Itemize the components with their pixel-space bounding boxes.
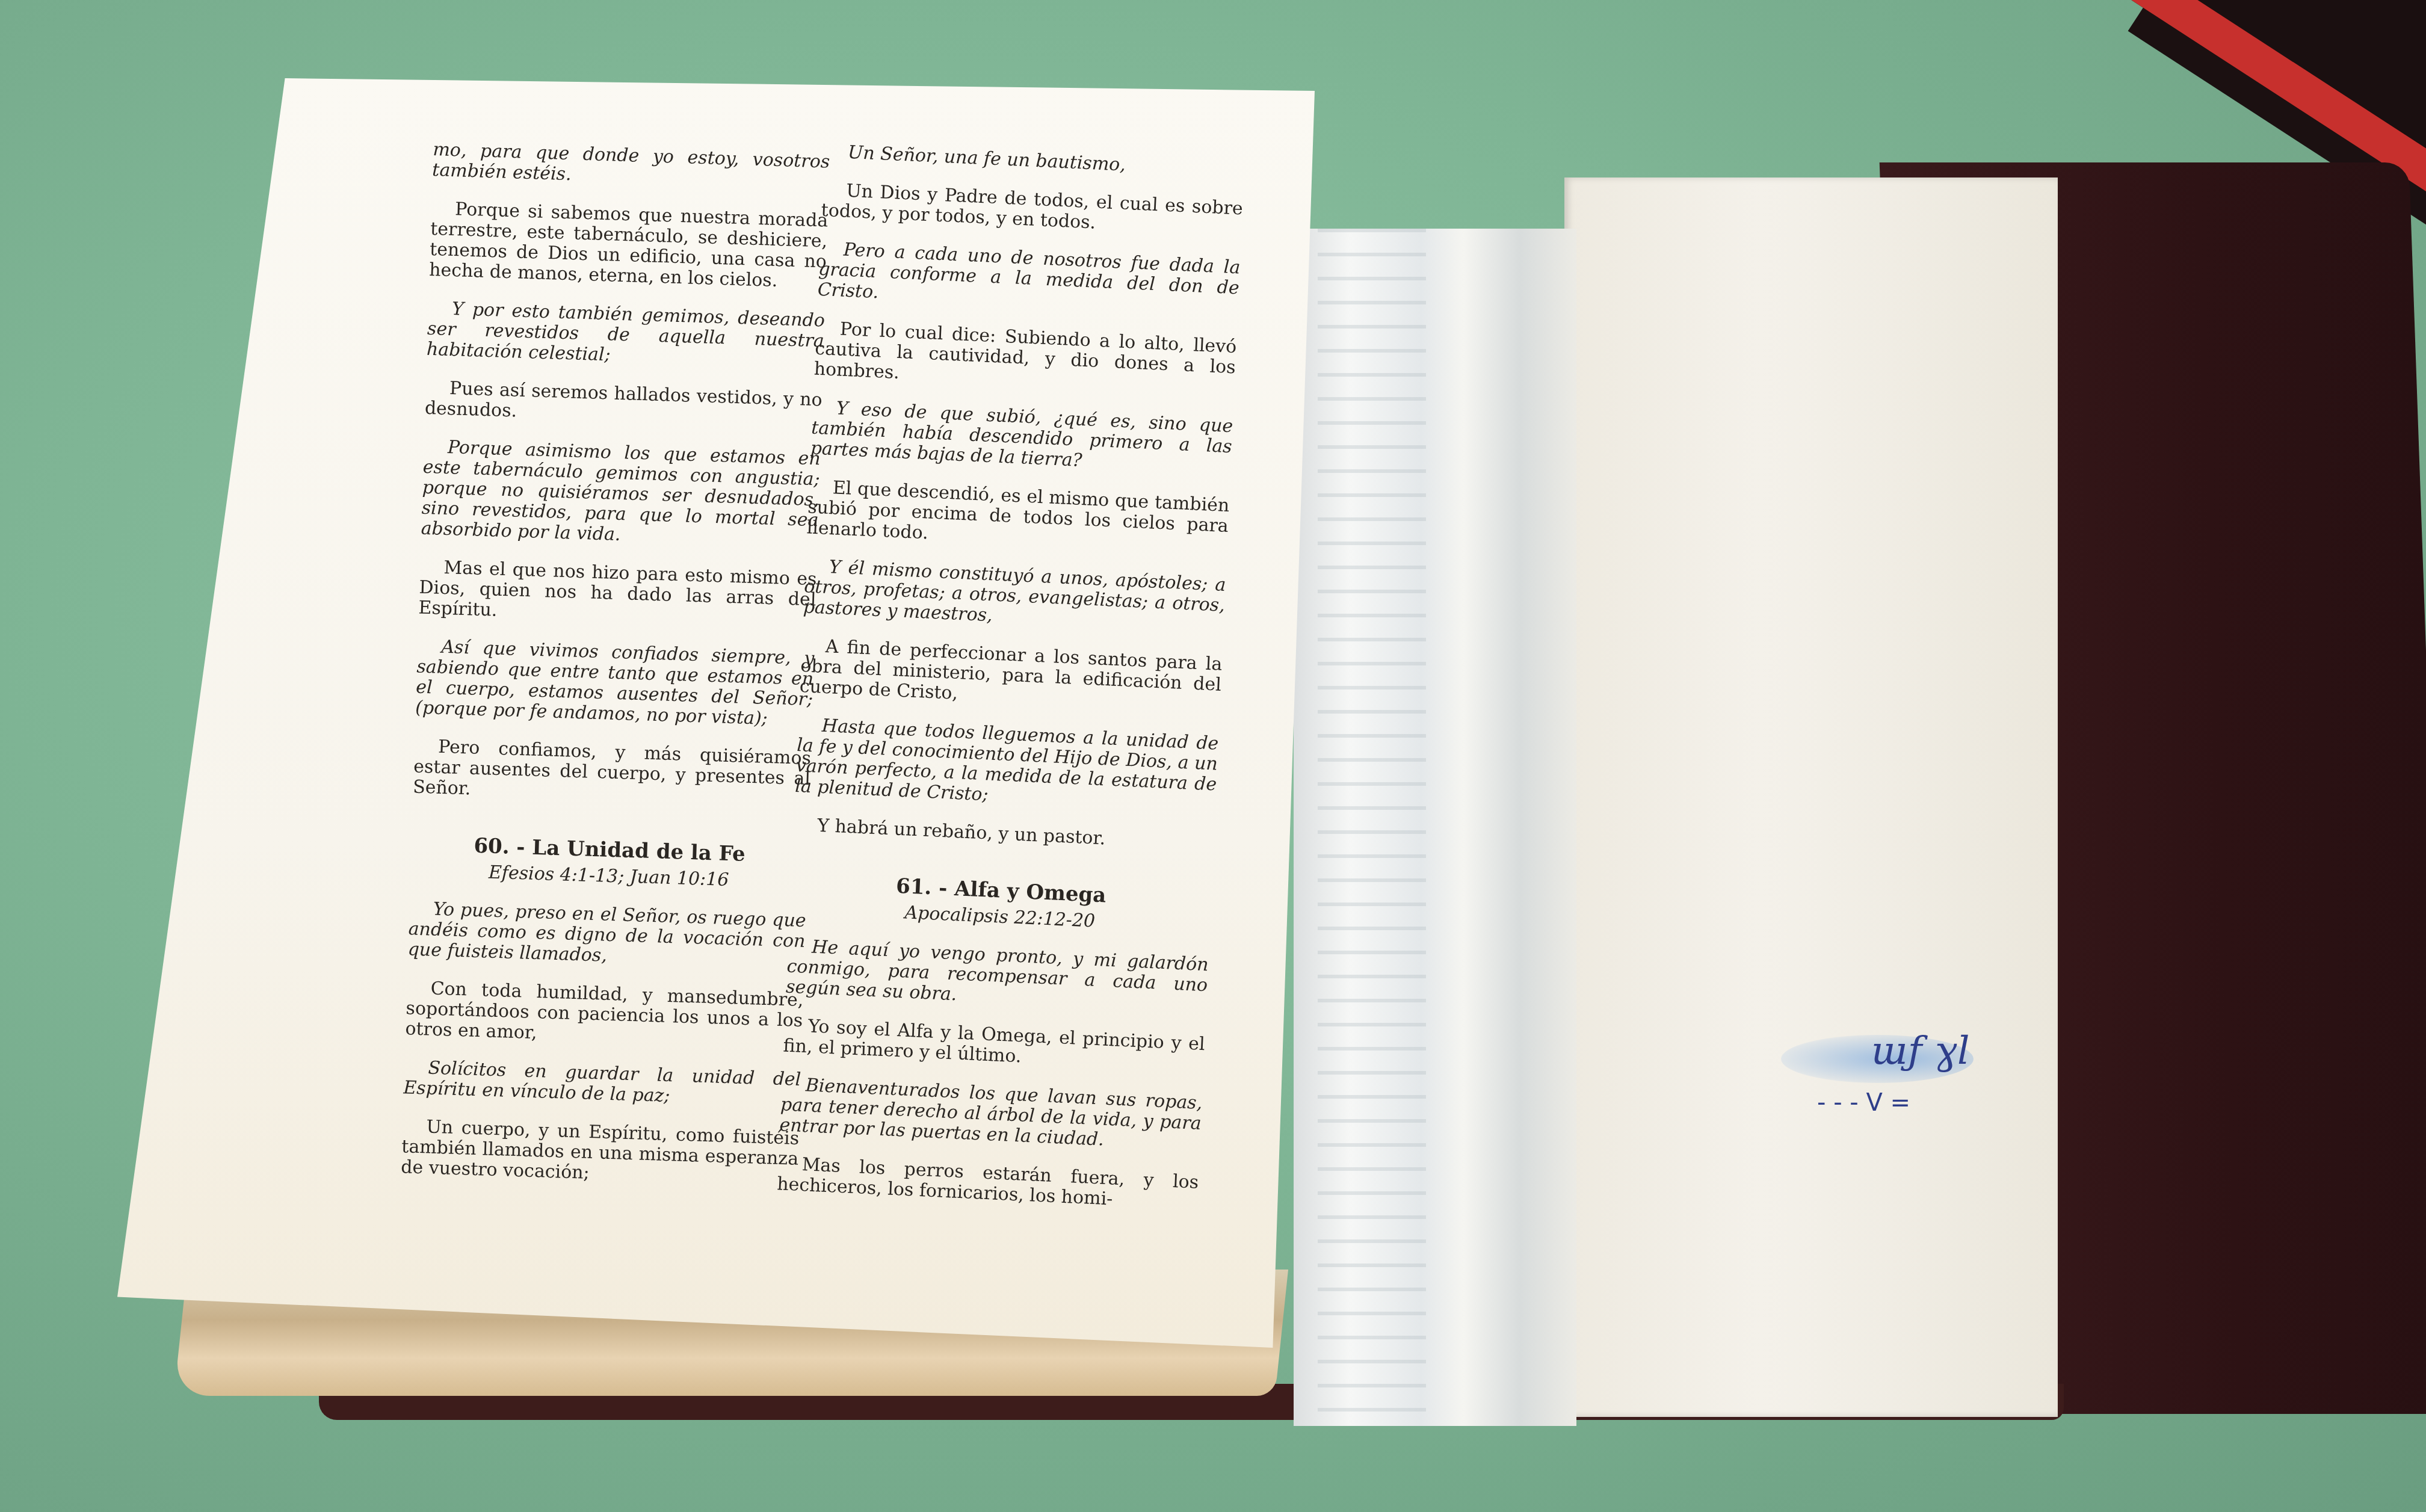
paragraph: He aquí yo vengo pronto, y mi galardón c… — [785, 936, 1209, 1017]
handwritten-note: ɯƒ ɣl - - - V = — [1781, 1023, 2034, 1137]
paragraph: Yo soy el Alfa y la Omega, el principio … — [783, 1016, 1205, 1076]
paragraph: Pues así seremos hallados vestidos, y no… — [424, 378, 823, 431]
paragraph: Solícitos en guardar la unidad del Espír… — [403, 1057, 801, 1111]
paragraph: Pero a cada uno de nosotros fue dada la … — [817, 239, 1241, 319]
right-text-column: Un Señor, una fe un bautismo,Un Dios y P… — [776, 141, 1245, 1232]
paragraph: Así que vivimos confiados siempre, y sab… — [415, 637, 815, 731]
left-text-column: mo, para que donde yo estoy, vosotros ta… — [400, 140, 830, 1208]
paragraph: A fin de perfeccionar a los santos para … — [799, 635, 1223, 716]
paragraph: Porque asimismo los que estamos en este … — [421, 437, 821, 552]
paragraph: Con toda humildad, y mansedumbre, soport… — [405, 978, 804, 1052]
paragraph: Porque si sabemos que nuestra morada ter… — [429, 199, 829, 293]
handwritten-mark: - - - V = — [1817, 1089, 1910, 1117]
paragraph: Y por esto también gemimos, deseando ser… — [427, 298, 826, 372]
scripture-reference: Efesios 4:1-13; Juan 10:16 — [410, 860, 807, 893]
book-endpaper — [1564, 177, 2058, 1417]
paragraph: El que descendió, es el mismo que tambié… — [806, 477, 1230, 557]
paragraph: Hasta que todos lleguemos a la unidad de… — [795, 715, 1219, 816]
paragraph: Y eso de que subió, ¿qué es, sino que ta… — [810, 398, 1233, 478]
handwritten-signature: ɯƒ ɣl — [1871, 1029, 1970, 1073]
paragraph: Un Dios y Padre de todos, el cual es sob… — [821, 180, 1243, 240]
paragraph: Bienaventurados los que lavan sus ropas,… — [779, 1074, 1203, 1155]
paragraph: Por lo cual dice: Subiendo a lo alto, ll… — [813, 318, 1237, 399]
paragraph: Y él mismo constituyó a unos, apóstoles;… — [803, 556, 1226, 637]
book-spine-glue — [1294, 229, 1576, 1426]
paragraph: Mas el que nos hizo para esto mismo es D… — [418, 557, 817, 631]
paragraph: Un cuerpo, y un Espíritu, como fuistéis … — [401, 1116, 800, 1190]
paragraph: Y habrá un rebaño, y un pastor. — [793, 815, 1215, 854]
paragraph: Mas los perros estarán fuera, y los hech… — [777, 1153, 1199, 1214]
paragraph: Pero confiamos, y más quisiéramos estar … — [413, 736, 812, 810]
paragraph: Yo pues, preso en el Señor, os ruego que… — [407, 898, 806, 972]
